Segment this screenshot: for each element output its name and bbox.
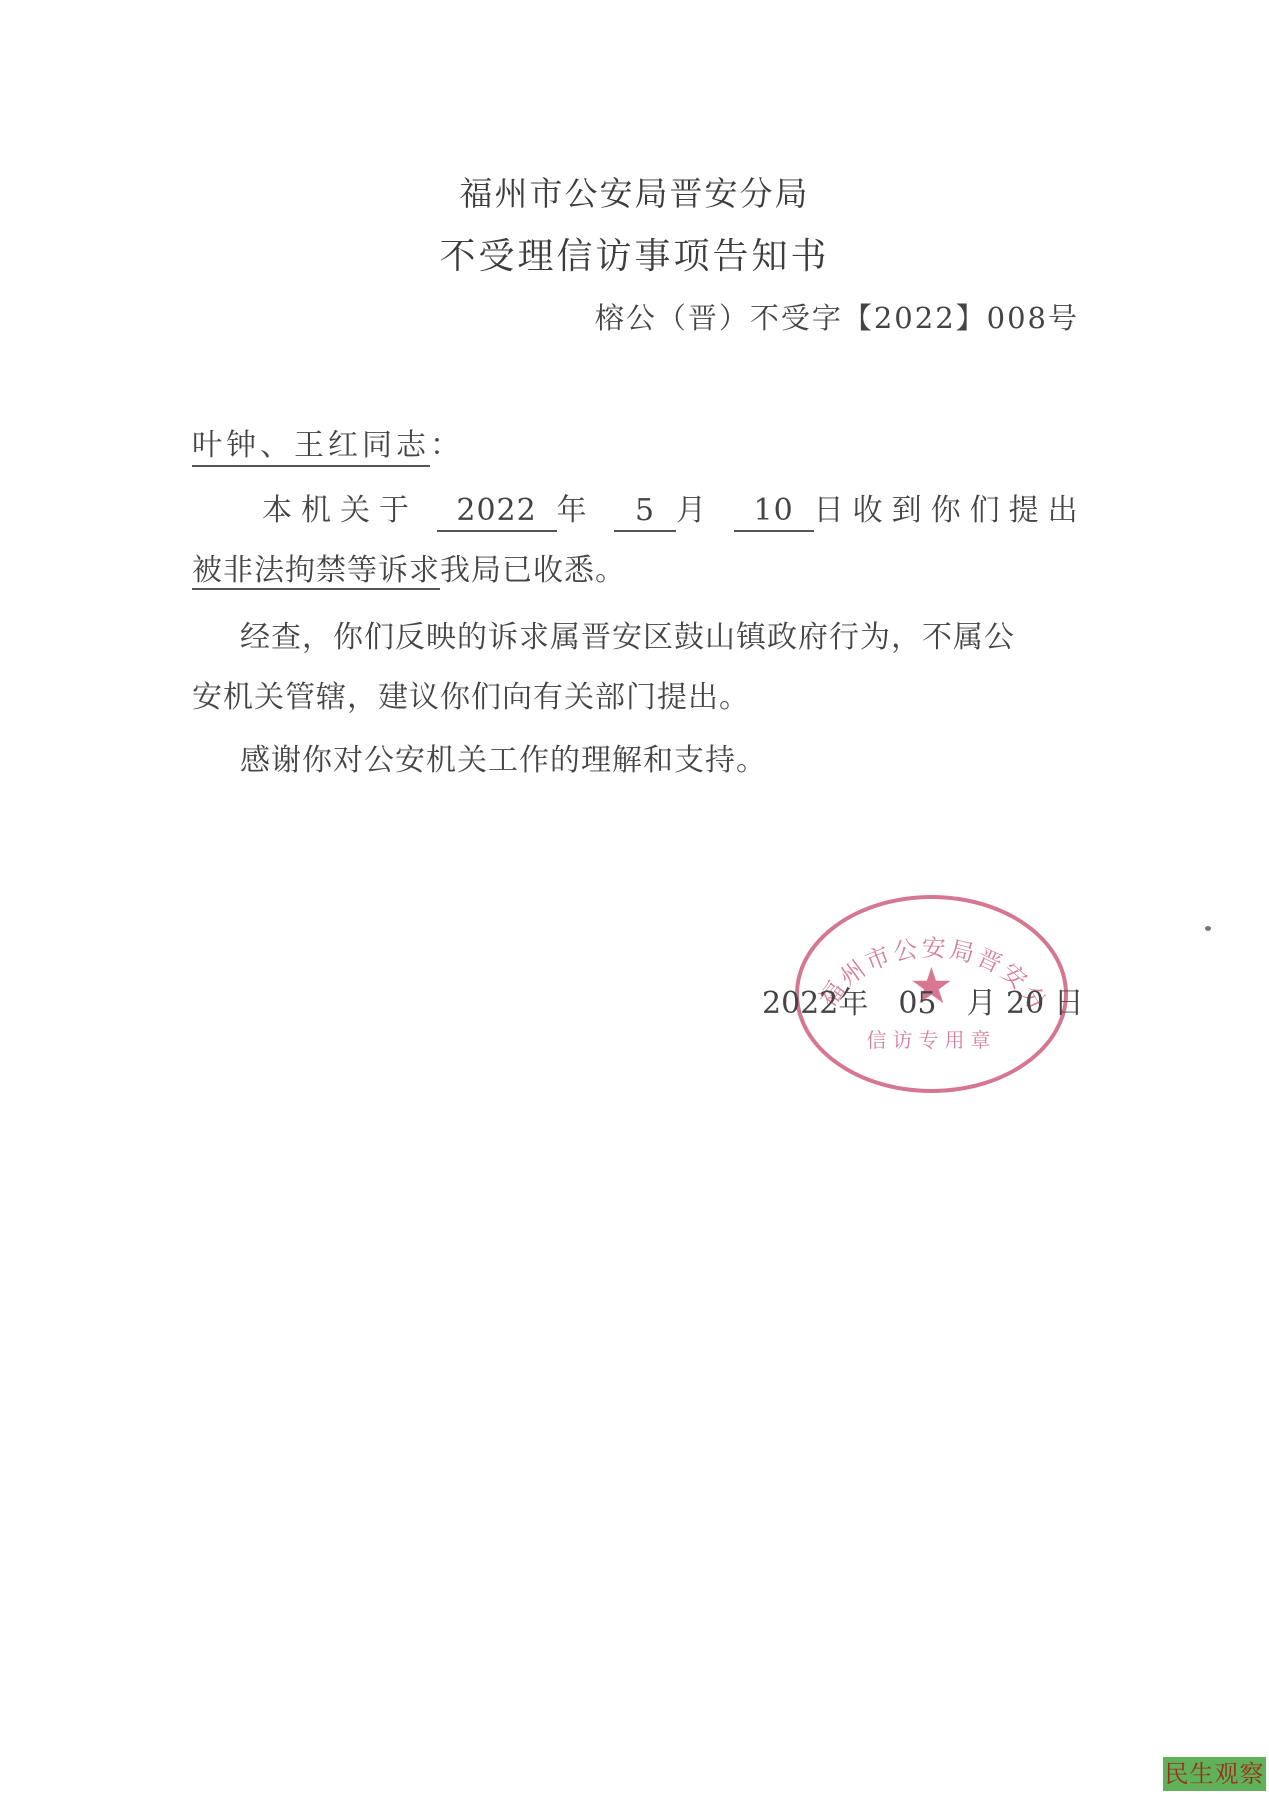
recipient-names: 叶钟、王红同志 bbox=[192, 428, 430, 467]
paragraph-thanks: 感谢你对公安机关工作的理解和支持。 bbox=[240, 735, 767, 779]
month-unit: 月 bbox=[676, 493, 715, 528]
salutation-colon: ： bbox=[430, 428, 464, 463]
received-month: 5 bbox=[614, 493, 676, 532]
issuer-heading: 福州市公安局晋安分局 bbox=[0, 168, 1269, 215]
complaint-matter: 被非法拘禁等诉求 bbox=[192, 553, 440, 590]
paragraph-finding-line2: 安机关管辖，建议你们向有关部门提出。 bbox=[192, 672, 750, 716]
document-page: 福州市公安局晋安分局 不受理信访事项告知书 榕公（晋）不受字【2022】008号… bbox=[0, 0, 1269, 1794]
year-unit: 年 bbox=[557, 493, 596, 528]
watermark-badge: 民生观察 bbox=[1163, 1757, 1266, 1791]
paragraph-received: 本机关于 2022年 5月 10日收到你们提出 bbox=[262, 485, 1087, 532]
received-prefix: 本机关于 bbox=[262, 493, 418, 528]
received-day: 10 bbox=[734, 493, 814, 532]
document-title: 不受理信访事项告知书 bbox=[0, 228, 1269, 279]
received-suffix: 我局已收悉。 bbox=[440, 553, 626, 588]
day-unit: 日收到你们提出 bbox=[814, 493, 1087, 528]
paragraph-finding-line1: 经查，你们反映的诉求属晋安区鼓山镇政府行为，不属公 bbox=[240, 612, 1015, 656]
seal-label: 信访专用章 bbox=[799, 1024, 1064, 1053]
issue-date: 2022年 05 月 20 日 bbox=[762, 978, 1084, 1022]
paragraph-received-cont: 被非法拘禁等诉求我局已收悉。 bbox=[192, 545, 626, 589]
document-number: 榕公（晋）不受字【2022】008号 bbox=[595, 296, 1079, 337]
received-year: 2022 bbox=[437, 493, 557, 532]
scan-speck bbox=[1205, 926, 1211, 931]
salutation: 叶钟、王红同志： bbox=[192, 420, 464, 464]
